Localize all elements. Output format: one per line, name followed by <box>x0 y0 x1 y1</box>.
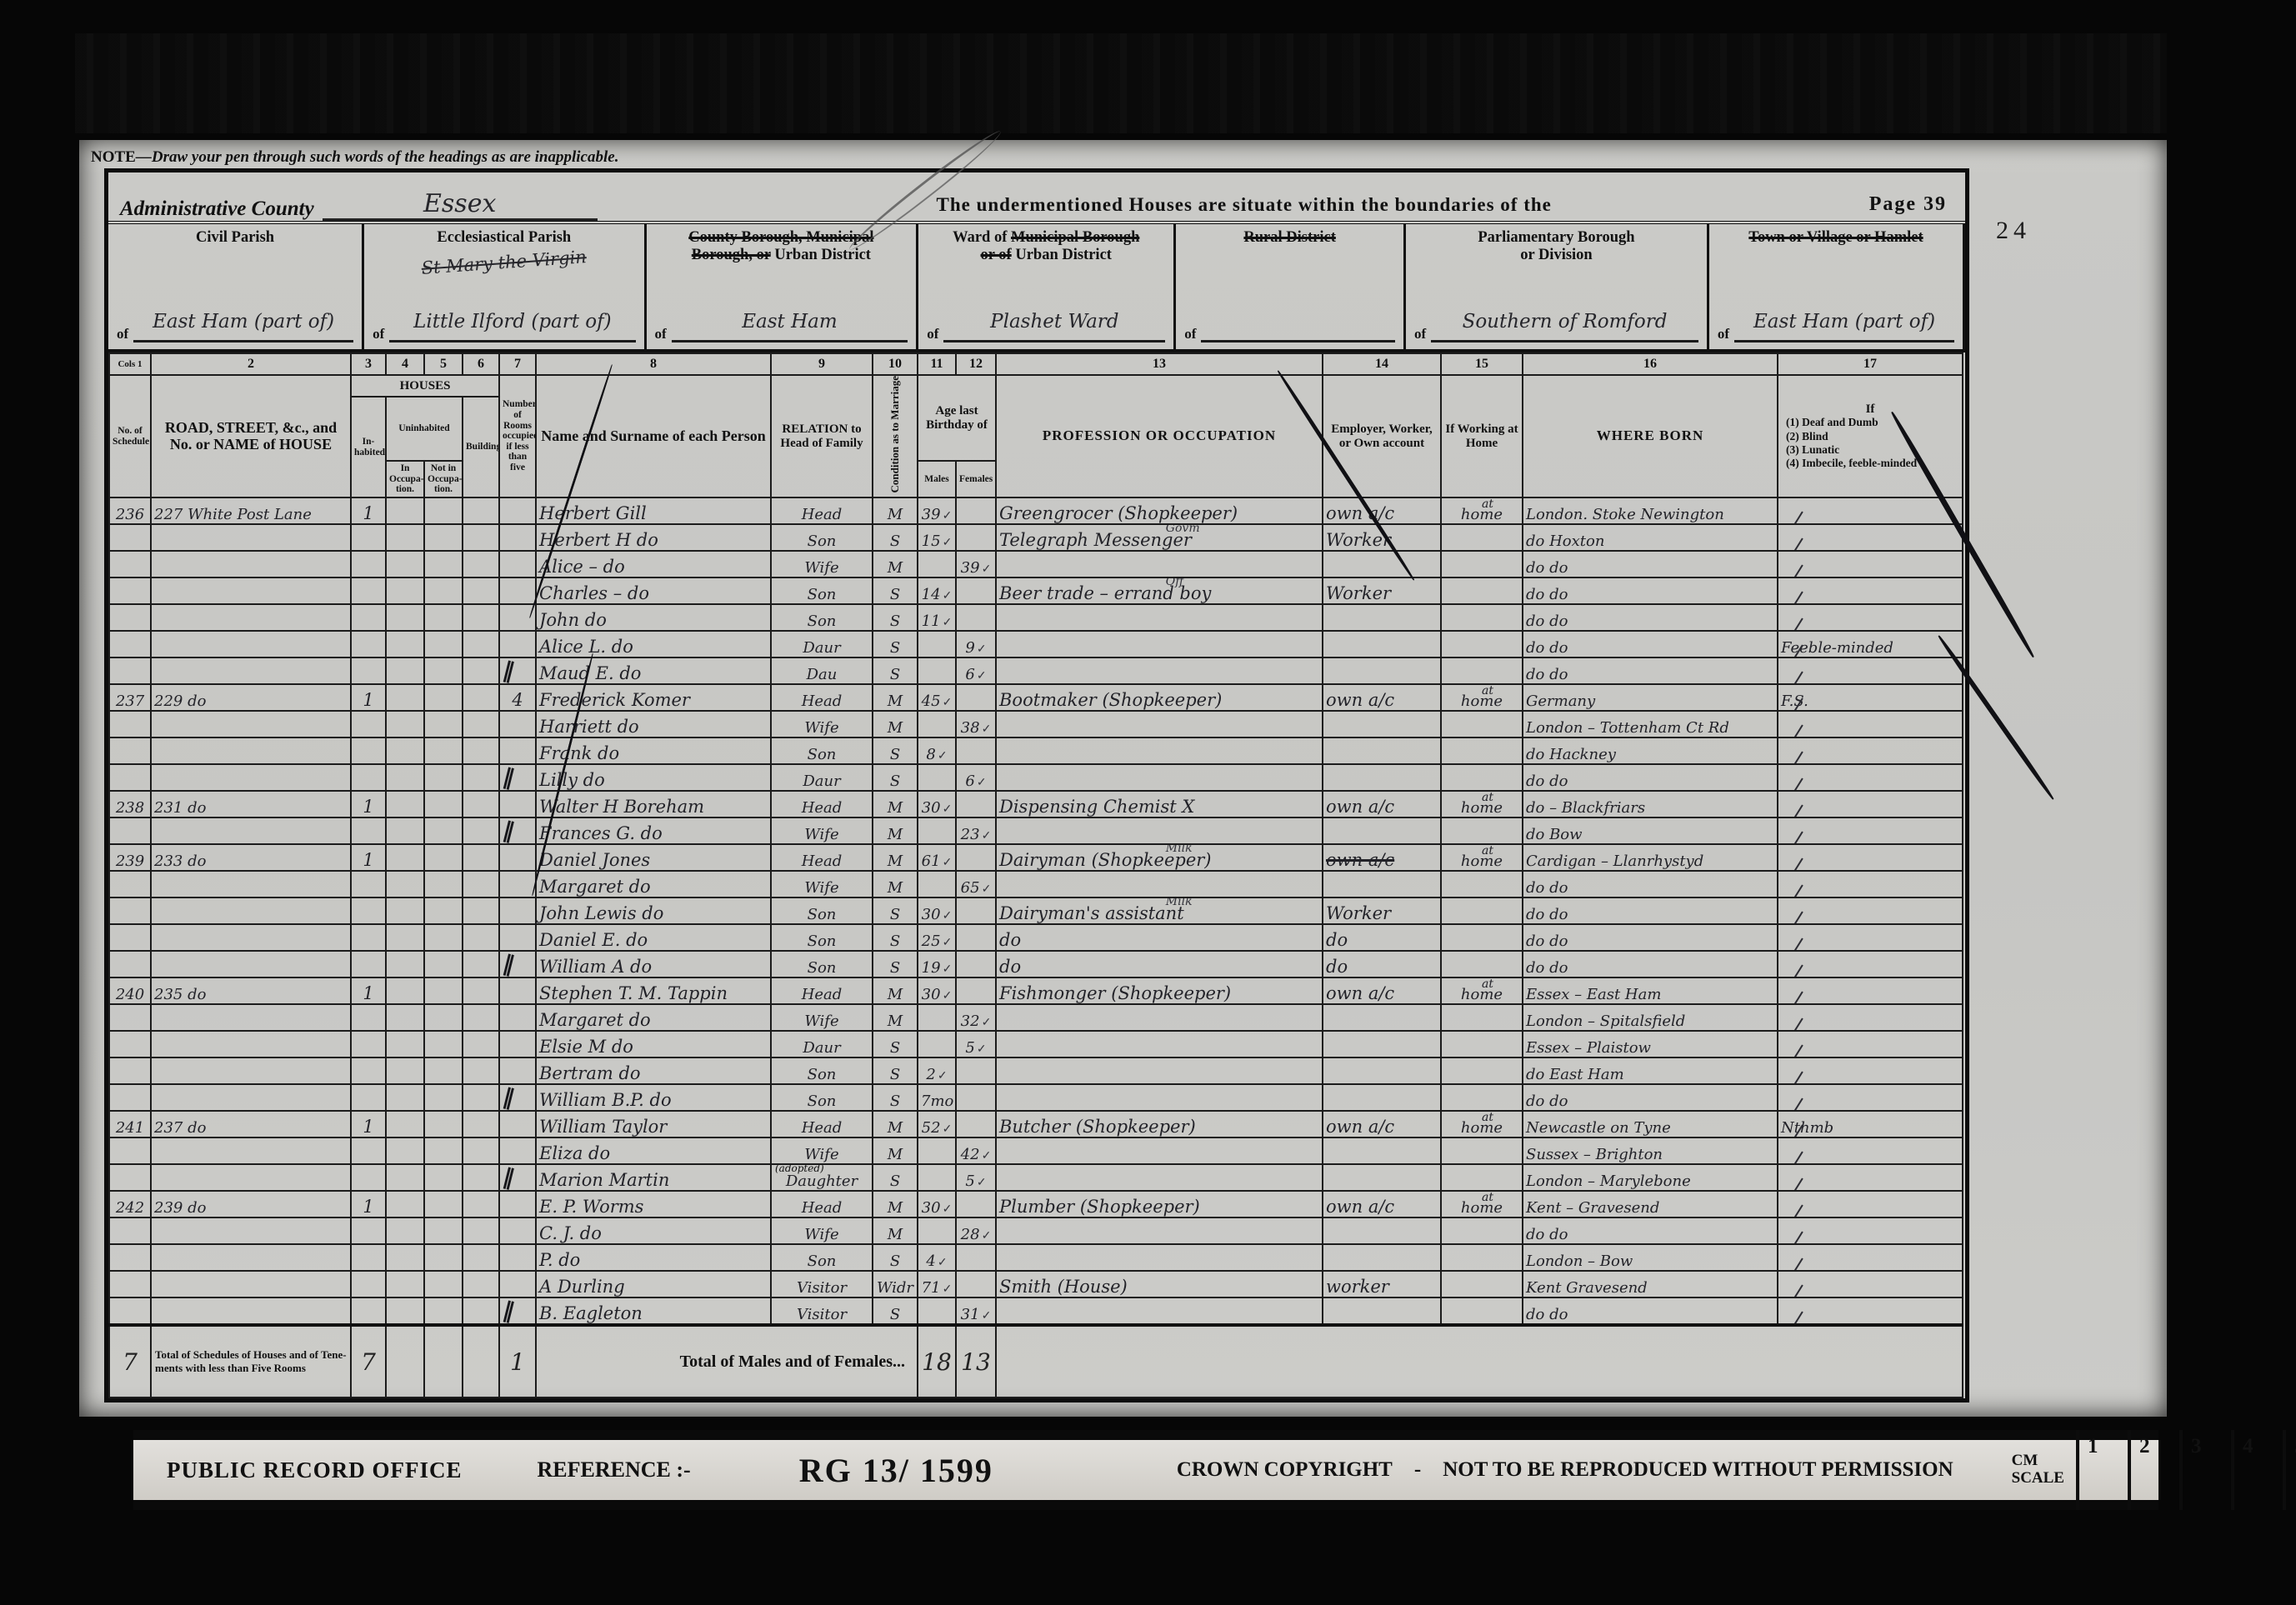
cell-name: Frederick Komer <box>536 684 771 711</box>
cell-schedule: 237 <box>109 684 151 711</box>
cell-occupation: do <box>996 951 1323 977</box>
cell-where-born: Newcastle on Tyne <box>1523 1111 1778 1137</box>
cell-address <box>151 1297 351 1325</box>
totals-empty <box>463 1325 499 1397</box>
cell-inhabited: 1 <box>351 977 386 1004</box>
cell-rooms <box>499 924 536 951</box>
cell-inhabited: 1 <box>351 497 386 524</box>
cell-where-born: Cardigan – Llanrhystyd <box>1523 844 1778 871</box>
cell-inhabited <box>351 1244 386 1271</box>
totals-females: 13 <box>956 1325 996 1397</box>
cell-schedule <box>109 577 151 604</box>
cell-condition: M <box>873 711 918 737</box>
cell-condition: M <box>873 844 918 871</box>
cell-employer <box>1323 1217 1441 1244</box>
cell-employer: Worker <box>1323 577 1441 604</box>
cell-occupation <box>996 1057 1323 1084</box>
cell-building <box>463 977 499 1004</box>
household-end-mark: ∥ <box>501 951 514 977</box>
cell-uninhabited-not-in-occupation <box>424 764 463 791</box>
cell-schedule <box>109 657 151 684</box>
cell-age-female <box>956 1111 996 1137</box>
cell-infirmity <box>1778 817 1963 844</box>
check-slash <box>1790 1152 1803 1165</box>
cell-inhabited <box>351 764 386 791</box>
ward-title-pre: Ward of <box>953 229 1007 246</box>
cell-uninhabited-in-occupation <box>386 817 424 844</box>
cell-rooms: 4 <box>499 684 536 711</box>
cell-occupation: Beer trade – errand boyOff <box>996 577 1323 604</box>
cell-relation: Son <box>771 737 873 764</box>
totals-males: 18 <box>918 1325 956 1397</box>
cell-infirmity: Feeble-minded <box>1778 631 1963 657</box>
table-row: Margaret doWifeM32✓London – Spitalsfield <box>109 1004 1963 1031</box>
table-row: 236227 White Post Lane1Herbert GillHeadM… <box>109 497 1963 524</box>
cell-infirmity: F.S. <box>1778 684 1963 711</box>
cell-employer <box>1323 817 1441 844</box>
cell-condition: S <box>873 1164 918 1191</box>
cell-building <box>463 844 499 871</box>
cell-building <box>463 924 499 951</box>
cell-infirmity <box>1778 951 1963 977</box>
cell-uninhabited-not-in-occupation <box>424 791 463 817</box>
cell-address <box>151 1084 351 1111</box>
cell-employer <box>1323 1244 1441 1271</box>
cell-where-born: do do <box>1523 951 1778 977</box>
cell-inhabited <box>351 1217 386 1244</box>
town-village-value: East Ham (part of) <box>1734 312 1954 342</box>
scale-label: SCALE <box>2012 1470 2064 1487</box>
cell-schedule: 241 <box>109 1111 151 1137</box>
cell-address <box>151 577 351 604</box>
cell-working-at-home <box>1441 1004 1523 1031</box>
cell-uninhabited-in-occupation <box>386 977 424 1004</box>
cell-condition: S <box>873 657 918 684</box>
cell-address: 233 do <box>151 844 351 871</box>
cell-uninhabited-in-occupation <box>386 1111 424 1137</box>
cell-rooms <box>499 1031 536 1057</box>
cell-relation: Son <box>771 897 873 924</box>
table-row: 238231 do1Walter H BorehamHeadM30✓Dispen… <box>109 791 1963 817</box>
cell-building <box>463 631 499 657</box>
cell-age-female <box>956 951 996 977</box>
cell-infirmity <box>1778 551 1963 577</box>
cell-age-male: 15✓ <box>918 524 956 551</box>
cell-name: P. do <box>536 1244 771 1271</box>
cell-rooms <box>499 497 536 524</box>
table-row: P. doSonS4✓London – Bow <box>109 1244 1963 1271</box>
cell-employer <box>1323 1084 1441 1111</box>
cell-occupation <box>996 657 1323 684</box>
cell-address <box>151 1244 351 1271</box>
table-row: Harriett doWifeM38✓London – Tottenham Ct… <box>109 711 1963 737</box>
cell-uninhabited-not-in-occupation <box>424 1271 463 1297</box>
cell-uninhabited-not-in-occupation <box>424 817 463 844</box>
header-schedule: No. of Schedule <box>109 375 151 497</box>
cell-building <box>463 604 499 631</box>
of-label: of <box>1184 326 1196 342</box>
cell-occupation: Telegraph MessengerGovm <box>996 524 1323 551</box>
cell-name: Alice L. do <box>536 631 771 657</box>
cell-uninhabited-in-occupation <box>386 1244 424 1271</box>
cell-infirmity <box>1778 1164 1963 1191</box>
table-body: 236227 White Post Lane1Herbert GillHeadM… <box>109 497 1963 1325</box>
cell-age-female: 39✓ <box>956 551 996 577</box>
cell-relation: Son <box>771 524 873 551</box>
cell-where-born: do – Blackfriars <box>1523 791 1778 817</box>
cell-age-male <box>918 1137 956 1164</box>
totals-males-females-label: Total of Males and of Females... <box>536 1325 918 1397</box>
cm-scale: CM SCALE 123456 <box>2012 1440 2296 1500</box>
cell-occupation <box>996 871 1323 897</box>
cell-address <box>151 924 351 951</box>
of-label: of <box>1718 326 1729 342</box>
cell-uninhabited-not-in-occupation <box>424 871 463 897</box>
cell-inhabited <box>351 604 386 631</box>
dash: - <box>1414 1458 1421 1482</box>
col-num: 10 <box>873 353 918 375</box>
header-rooms: Number of Rooms occupied if less than fi… <box>499 375 536 497</box>
infirmity-item: (3) Lunatic <box>1786 443 1959 457</box>
household-end-mark: ∥ <box>501 764 514 790</box>
cell-inhabited <box>351 1164 386 1191</box>
cell-age-female <box>956 1084 996 1111</box>
cell-employer <box>1323 1297 1441 1325</box>
cell-uninhabited-in-occupation <box>386 657 424 684</box>
cell-schedule: 238 <box>109 791 151 817</box>
check-slash <box>1790 565 1803 578</box>
check-slash <box>1790 1178 1803 1192</box>
cell-relation: Wife <box>771 551 873 577</box>
occupation-note: Milk <box>1166 897 1193 907</box>
cell-schedule <box>109 764 151 791</box>
table-row: ∥Marion Martin(adopted)DaughterS5✓London… <box>109 1164 1963 1191</box>
parl-title-line1: Parliamentary Borough <box>1478 229 1634 246</box>
cell-building <box>463 577 499 604</box>
cell-uninhabited-not-in-occupation <box>424 897 463 924</box>
cell-building <box>463 551 499 577</box>
cell-uninhabited-not-in-occupation <box>424 524 463 551</box>
cell-where-born: do Hoxton <box>1523 524 1778 551</box>
cell-uninhabited-in-occupation <box>386 604 424 631</box>
totals-label: Total of Schedules of Houses and of Tene… <box>151 1325 351 1397</box>
cell-rooms: ∥ <box>499 764 536 791</box>
cell-age-female <box>956 737 996 764</box>
table-row: Charles – doSonS14✓Beer trade – errand b… <box>109 577 1963 604</box>
cell-relation: Dau <box>771 657 873 684</box>
cell-building <box>463 1137 499 1164</box>
cell-age-male <box>918 657 956 684</box>
cell-employer <box>1323 871 1441 897</box>
cell-rooms <box>499 1217 536 1244</box>
borough-value: East Ham <box>672 312 908 342</box>
cell-employer: do <box>1323 951 1441 977</box>
cell-infirmity <box>1778 844 1963 871</box>
cell-employer: own a/c <box>1323 844 1441 871</box>
check-slash <box>1790 1258 1803 1272</box>
col-num: 8 <box>536 353 771 375</box>
cell-uninhabited-in-occupation <box>386 844 424 871</box>
cell-age-male: 11✓ <box>918 604 956 631</box>
of-label: of <box>373 326 384 342</box>
cell-uninhabited-not-in-occupation <box>424 711 463 737</box>
cell-name: Elsie M do <box>536 1031 771 1057</box>
cell-condition: S <box>873 764 918 791</box>
header-age-group: Age last Birthday of <box>918 375 996 461</box>
cell-relation: Son <box>771 924 873 951</box>
of-label: of <box>117 326 128 342</box>
col-num: 6 <box>463 353 499 375</box>
cell-rooms: ∥ <box>499 1297 536 1325</box>
check-slash <box>1790 885 1803 898</box>
cell-relation: Son <box>771 1084 873 1111</box>
check-slash <box>1790 725 1803 738</box>
cell-schedule <box>109 924 151 951</box>
cell-condition: S <box>873 1297 918 1325</box>
col-num: Cols 1 <box>109 353 151 375</box>
cell-where-born: do do <box>1523 604 1778 631</box>
pro-office-label: PUBLIC RECORD OFFICE <box>167 1457 463 1483</box>
cell-infirmity <box>1778 924 1963 951</box>
cell-working-at-home <box>1441 1137 1523 1164</box>
cell-occupation <box>996 1244 1323 1271</box>
cell-uninhabited-not-in-occupation <box>424 1004 463 1031</box>
cell-age-male <box>918 711 956 737</box>
cell-employer: own a/c <box>1323 684 1441 711</box>
cell-occupation: Bootmaker (Shopkeeper) <box>996 684 1323 711</box>
cell-building <box>463 1191 499 1217</box>
cell-age-male: 19✓ <box>918 951 956 977</box>
cell-where-born: Essex – Plaistow <box>1523 1031 1778 1057</box>
cell-employer <box>1323 1164 1441 1191</box>
cell-working-at-home: athome <box>1441 791 1523 817</box>
cell-where-born: do do <box>1523 657 1778 684</box>
cell-infirmity <box>1778 657 1963 684</box>
totals-empty <box>386 1325 424 1397</box>
cell-where-born: do do <box>1523 551 1778 577</box>
cell-rooms <box>499 871 536 897</box>
cell-where-born: do do <box>1523 1297 1778 1325</box>
header-not-in-occupation: Not in Occupa-tion. <box>424 461 463 497</box>
check-slash <box>1790 1205 1803 1218</box>
cell-schedule <box>109 1297 151 1325</box>
cell-name: Lilly do <box>536 764 771 791</box>
cell-condition: M <box>873 551 918 577</box>
totals-empty <box>996 1325 1963 1397</box>
cell-infirmity <box>1778 711 1963 737</box>
household-end-mark: ∥ <box>501 1297 514 1323</box>
pro-reference-value: RG 13/ 1599 <box>799 1451 993 1490</box>
table-row: 241237 do1William TaylorHeadM52✓Butcher … <box>109 1111 1963 1137</box>
cell-uninhabited-in-occupation <box>386 1031 424 1057</box>
cell-where-born: Sussex – Brighton <box>1523 1137 1778 1164</box>
cell-age-female <box>956 497 996 524</box>
cell-rooms <box>499 1137 536 1164</box>
cell-uninhabited-in-occupation <box>386 924 424 951</box>
cell-name: Bertram do <box>536 1057 771 1084</box>
struck-parish-note: St Mary the Virgin <box>364 242 644 282</box>
cell-name: C. J. do <box>536 1217 771 1244</box>
cell-uninhabited-in-occupation <box>386 524 424 551</box>
cell-rooms <box>499 897 536 924</box>
cell-address: 237 do <box>151 1111 351 1137</box>
cm-label: CM <box>2012 1452 2064 1470</box>
cell-infirmity <box>1778 1217 1963 1244</box>
cell-relation: Son <box>771 951 873 977</box>
cell-address <box>151 897 351 924</box>
cell-name: Frances G. do <box>536 817 771 844</box>
cell-building <box>463 1297 499 1325</box>
table-row: Elsie M doDaurS5✓Essex – Plaistow <box>109 1031 1963 1057</box>
cell-inhabited <box>351 657 386 684</box>
cell-age-male: 61✓ <box>918 844 956 871</box>
cell-schedule <box>109 1271 151 1297</box>
cell-where-born: London – Bow <box>1523 1244 1778 1271</box>
cell-inhabited <box>351 1057 386 1084</box>
cell-working-at-home <box>1441 1297 1523 1325</box>
cell-address <box>151 1137 351 1164</box>
cell-address <box>151 631 351 657</box>
check-slash <box>1790 778 1803 792</box>
cell-uninhabited-not-in-occupation <box>424 1031 463 1057</box>
civil-parish-title: Civil Parish <box>113 229 357 247</box>
cell-working-at-home: athome <box>1441 684 1523 711</box>
locality-header: Civil Parish of East Ham (part of) Eccle… <box>108 224 1965 352</box>
civil-parish-value: East Ham (part of) <box>133 312 353 342</box>
table-row: John Lewis doSonS30✓Dairyman's assistant… <box>109 897 1963 924</box>
cell-where-born: do do <box>1523 631 1778 657</box>
cell-infirmity <box>1778 1191 1963 1217</box>
scale-mark: 1 <box>2076 1430 2128 1510</box>
cell-age-male <box>918 871 956 897</box>
cell-infirmity <box>1778 604 1963 631</box>
cell-inhabited <box>351 577 386 604</box>
check-slash <box>1790 912 1803 925</box>
cell-condition: S <box>873 1084 918 1111</box>
cell-working-at-home: athome <box>1441 977 1523 1004</box>
occupation-note: Govm <box>1166 524 1200 534</box>
cell-inhabited <box>351 1271 386 1297</box>
header-uninhabited-group: Uninhabited <box>386 397 463 461</box>
cell-infirmity <box>1778 1031 1963 1057</box>
cell-relation: Visitor <box>771 1271 873 1297</box>
cell-age-female <box>956 897 996 924</box>
cell-building <box>463 1217 499 1244</box>
cell-occupation <box>996 1137 1323 1164</box>
cell-inhabited <box>351 1004 386 1031</box>
table-row: Margaret doWifeM65✓do do <box>109 871 1963 897</box>
cell-age-male: 30✓ <box>918 1191 956 1217</box>
cell-schedule <box>109 1084 151 1111</box>
cell-uninhabited-in-occupation <box>386 871 424 897</box>
cell-where-born: do Hackney <box>1523 737 1778 764</box>
cell-employer <box>1323 737 1441 764</box>
cell-rooms <box>499 1244 536 1271</box>
cell-uninhabited-not-in-occupation <box>424 577 463 604</box>
ward-title-struck2: or of <box>981 247 1012 263</box>
scan-artifact-strip <box>75 33 2167 133</box>
cell-employer <box>1323 711 1441 737</box>
pro-reference-label: REFERENCE :- <box>538 1457 691 1482</box>
cell-condition: S <box>873 951 918 977</box>
cell-employer: Worker <box>1323 897 1441 924</box>
cell-schedule <box>109 604 151 631</box>
cell-condition: S <box>873 604 918 631</box>
cell-age-male: 25✓ <box>918 924 956 951</box>
civil-parish-box: Civil Parish of East Ham (part of) <box>108 224 364 349</box>
cell-working-at-home <box>1441 1057 1523 1084</box>
table-row: ∥Frances G. doWifeM23✓do Bow <box>109 817 1963 844</box>
cell-name: William Taylor <box>536 1111 771 1137</box>
cell-schedule: 236 <box>109 497 151 524</box>
cell-schedule <box>109 1244 151 1271</box>
cell-infirmity <box>1778 871 1963 897</box>
check-slash <box>1790 1285 1803 1298</box>
cell-inhabited: 1 <box>351 791 386 817</box>
check-slash <box>1790 1045 1803 1058</box>
cell-schedule <box>109 871 151 897</box>
cell-age-female <box>956 604 996 631</box>
table-row: ∥Maud E. doDauS6✓do do <box>109 657 1963 684</box>
cell-inhabited <box>351 737 386 764</box>
header-infirmity-if: If <box>1781 402 1959 417</box>
household-end-mark: ∥ <box>501 817 514 843</box>
cell-condition: M <box>873 871 918 897</box>
cell-building <box>463 1111 499 1137</box>
table-row: ∥Lilly doDaurS6✓do do <box>109 764 1963 791</box>
table-row: 242239 do1E. P. WormsHeadM30✓Plumber (Sh… <box>109 1191 1963 1217</box>
infirmity-item: (1) Deaf and Dumb <box>1786 416 1959 429</box>
cell-relation: Head <box>771 497 873 524</box>
cell-uninhabited-in-occupation <box>386 764 424 791</box>
cell-working-at-home: athome <box>1441 844 1523 871</box>
cell-relation: Wife <box>771 1004 873 1031</box>
cell-occupation <box>996 1031 1323 1057</box>
cell-infirmity <box>1778 1244 1963 1271</box>
cell-address <box>151 657 351 684</box>
col-num: 3 <box>351 353 386 375</box>
cell-uninhabited-in-occupation <box>386 1217 424 1244</box>
cell-condition: M <box>873 817 918 844</box>
cell-infirmity <box>1778 1137 1963 1164</box>
cell-uninhabited-not-in-occupation <box>424 844 463 871</box>
cell-where-born: Kent Gravesend <box>1523 1271 1778 1297</box>
cell-address <box>151 1057 351 1084</box>
header-age-females: Females <box>956 461 996 497</box>
cell-address <box>151 1164 351 1191</box>
check-slash <box>1790 1098 1803 1112</box>
header-at-home: If Working at Home <box>1441 375 1523 497</box>
check-slash <box>1790 1312 1803 1326</box>
parliamentary-borough-value: Southern of Romford <box>1431 312 1698 342</box>
cell-working-at-home <box>1441 524 1523 551</box>
cell-employer <box>1323 1137 1441 1164</box>
parl-title-line2: or Division <box>1520 247 1593 263</box>
header-infirmity-list: (1) Deaf and Dumb (2) Blind (3) Lunatic … <box>1781 416 1959 470</box>
cell-uninhabited-not-in-occupation <box>424 924 463 951</box>
col-num: 4 <box>386 353 424 375</box>
cell-schedule <box>109 631 151 657</box>
cell-relation: Son <box>771 604 873 631</box>
cell-address: 239 do <box>151 1191 351 1217</box>
table-row: C. J. doWifeM28✓do do <box>109 1217 1963 1244</box>
cell-age-male: 8✓ <box>918 737 956 764</box>
cell-age-male: 4✓ <box>918 1244 956 1271</box>
cell-age-female: 65✓ <box>956 871 996 897</box>
cell-where-born: do do <box>1523 897 1778 924</box>
cell-condition: S <box>873 577 918 604</box>
cell-employer: own a/c <box>1323 977 1441 1004</box>
